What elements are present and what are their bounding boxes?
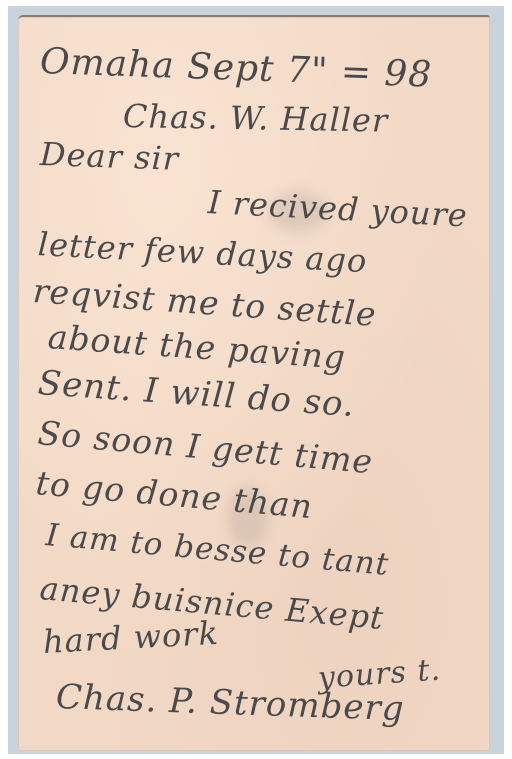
salutation: Dear sir — [39, 135, 179, 178]
body-line-10: hard work — [42, 614, 220, 661]
addressee-line: Chas. W. Haller — [123, 97, 389, 140]
body-line-2: letter few days ago — [37, 225, 368, 280]
postcard: Omaha Sept 7" = 98 Chas. W. Haller Dear … — [18, 15, 490, 751]
body-line-1: I recived youre — [207, 183, 469, 235]
place-date-line: Omaha Sept 7" = 98 — [39, 41, 433, 96]
